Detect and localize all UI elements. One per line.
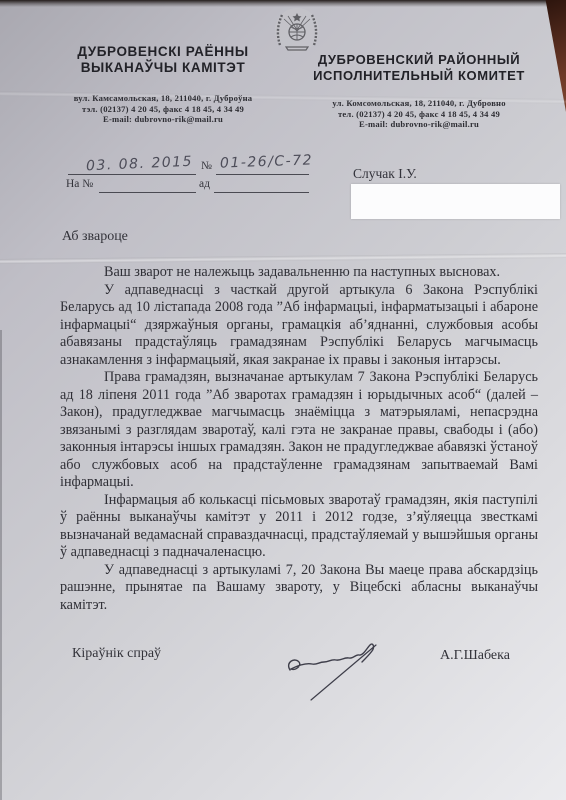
reply-number-underline	[99, 192, 196, 193]
reply-to-label: На №	[66, 178, 93, 190]
belarus-state-emblem-icon	[272, 5, 322, 55]
number-underline	[216, 174, 309, 175]
handwritten-date: 03. 08. 2015	[86, 154, 194, 175]
body-paragraph-3: Права грамадзян, вызначанае артыкулам 7 …	[60, 369, 538, 492]
org-title-by-line1: ДУБРОВЕНСКІ РАЁННЫ	[48, 44, 278, 60]
org-title-ru-line2: ИСПОЛНИТЕЛЬНЫЙ КОМИТЕТ	[295, 68, 543, 84]
address-by-line2: тэл. (02137) 4 20 45, факс 4 18 45, 4 34…	[48, 104, 278, 115]
org-title-ru-line1: ДУБРОВЕНСКИЙ РАЙОННЫЙ	[295, 52, 543, 68]
recipient-name: Случак І.У.	[353, 166, 417, 182]
subject-line: Аб звароце	[62, 229, 128, 245]
address-ru-email: E-mail: dubrovno-rik@mail.ru	[295, 119, 543, 130]
redaction-box	[351, 184, 560, 219]
paper-fold-crease	[0, 253, 566, 264]
reply-date-underline	[214, 192, 309, 193]
address-by-line1: вул. Камсамольская, 18, 211040, г. Дубро…	[48, 93, 278, 104]
letterhead-right: ДУБРОВЕНСКИЙ РАЙОННЫЙ ИСПОЛНИТЕЛЬНЫЙ КОМ…	[295, 52, 543, 130]
address-by-email: E-mail: dubrovno-rik@mail.ru	[48, 114, 278, 125]
letter-body: Ваш зварот не належыць задавальненню па …	[60, 264, 538, 614]
scanned-letter-photo: ДУБРОВЕНСКІ РАЁННЫ ВЫКАНАЎЧЫ КАМІТЭТ вул…	[0, 0, 566, 800]
signer-position-title: Кіраўнік спраў	[72, 646, 161, 662]
address-ru-line2: тел. (02137) 4 20 45, факс 4 18 45, 4 34…	[295, 109, 543, 120]
number-sign-label: №	[201, 160, 212, 172]
signer-name: А.Г.Шабека	[440, 648, 510, 664]
letterhead-left: ДУБРОВЕНСКІ РАЁННЫ ВЫКАНАЎЧЫ КАМІТЭТ вул…	[48, 44, 278, 125]
address-ru-line1: ул. Комсомольская, 18, 211040, г. Дубров…	[295, 98, 543, 109]
body-paragraph-4: Інфармацыя аб колькасці пісьмовых зварот…	[60, 492, 538, 562]
handwritten-signature	[278, 638, 408, 706]
body-paragraph-2: У адпаведнасці з часткай другой артыкула…	[60, 282, 538, 370]
handwritten-number: 01-26/С-72	[220, 152, 314, 171]
body-paragraph-1: Ваш зварот не належыць задавальненню па …	[60, 264, 538, 282]
reply-date-label: ад	[199, 178, 210, 190]
paper-left-edge	[0, 330, 2, 800]
date-underline	[68, 174, 196, 175]
body-paragraph-5: У адпаведнасці з артыкуламі 7, 20 Закона…	[60, 562, 538, 615]
org-title-by-line2: ВЫКАНАЎЧЫ КАМІТЭТ	[48, 60, 278, 76]
